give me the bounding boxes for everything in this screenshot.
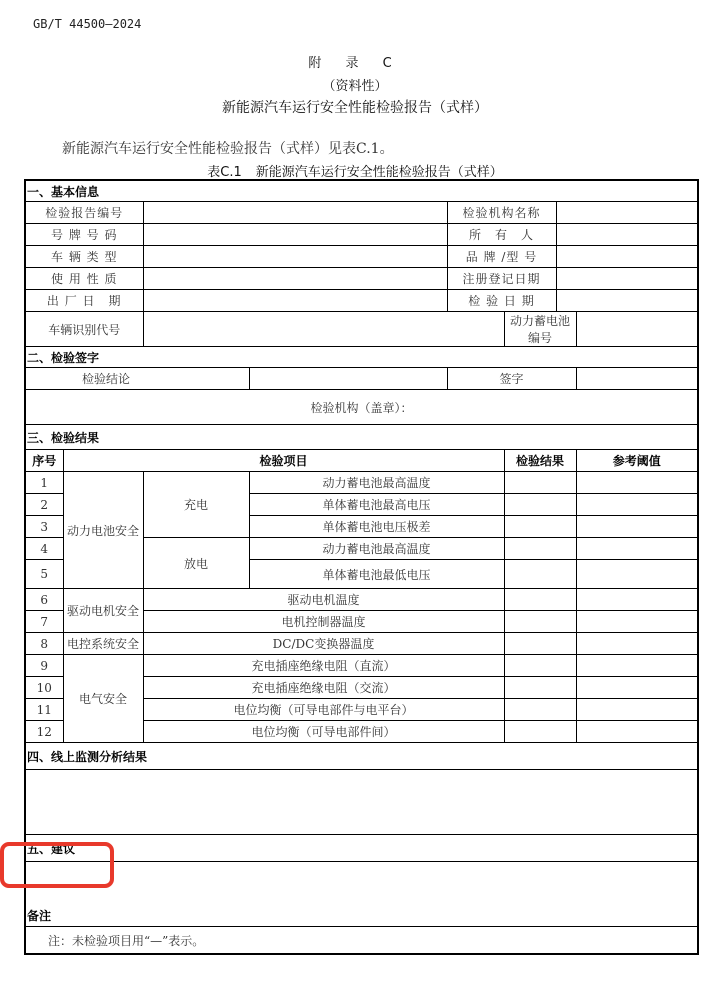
row-no: 9 bbox=[25, 655, 63, 677]
field-label: 签字 bbox=[447, 368, 576, 390]
field-label: 检验机构名称 bbox=[447, 202, 556, 224]
field-label: 号 牌 号 码 bbox=[25, 224, 143, 246]
signature-field[interactable] bbox=[576, 368, 698, 390]
row-no: 2 bbox=[25, 494, 63, 516]
manufacture-date-field[interactable] bbox=[143, 290, 447, 312]
result-field[interactable] bbox=[504, 611, 576, 633]
table-row: 1 动力电池安全 充电 动力蓄电池最高温度 bbox=[25, 472, 698, 494]
table-title: 新能源汽车运行安全性能检验报告（式样） bbox=[256, 165, 503, 180]
section-remarks-title: 备注 bbox=[25, 904, 698, 927]
registration-date-field[interactable] bbox=[556, 268, 698, 290]
table-row: 检验机构（盖章）： bbox=[25, 390, 698, 425]
appendix-type: （资料性） bbox=[0, 75, 710, 94]
threshold-field[interactable] bbox=[576, 538, 698, 560]
threshold-field[interactable] bbox=[576, 677, 698, 699]
subgroup-discharge: 放电 bbox=[143, 538, 249, 589]
row-item: 单体蓄电池最高电压 bbox=[249, 494, 504, 516]
field-label: 品 牌 /型 号 bbox=[447, 246, 556, 268]
threshold-field[interactable] bbox=[576, 721, 698, 743]
online-monitoring-field[interactable] bbox=[25, 770, 698, 835]
row-item: 电机控制器温度 bbox=[143, 611, 504, 633]
table-row: 车 辆 类 型 品 牌 /型 号 bbox=[25, 246, 698, 268]
group-control-safety: 电控系统安全 bbox=[63, 633, 143, 655]
group-electric-safety: 电气安全 bbox=[63, 655, 143, 743]
result-field[interactable] bbox=[504, 472, 576, 494]
row-item: 单体蓄电池最低电压 bbox=[249, 560, 504, 589]
result-field[interactable] bbox=[504, 633, 576, 655]
result-field[interactable] bbox=[504, 589, 576, 611]
row-item: DC/DC变换器温度 bbox=[143, 633, 504, 655]
threshold-field[interactable] bbox=[576, 655, 698, 677]
battery-number-field[interactable] bbox=[576, 312, 698, 347]
group-battery-safety: 动力电池安全 bbox=[63, 472, 143, 589]
header-result: 检验结果 bbox=[504, 450, 576, 472]
row-item: 充电插座绝缘电阻（交流） bbox=[143, 677, 504, 699]
table-row: 检验报告编号 检验机构名称 bbox=[25, 202, 698, 224]
result-field[interactable] bbox=[504, 538, 576, 560]
table-row: 出 厂 日 期 检 验 日 期 bbox=[25, 290, 698, 312]
stamp-field[interactable]: 检验机构（盖章）： bbox=[25, 390, 698, 425]
result-field[interactable] bbox=[504, 699, 576, 721]
header-threshold: 参考阈值 bbox=[576, 450, 698, 472]
result-field[interactable] bbox=[504, 655, 576, 677]
threshold-field[interactable] bbox=[576, 611, 698, 633]
table-row: 6 驱动电机安全 驱动电机温度 bbox=[25, 589, 698, 611]
row-no: 7 bbox=[25, 611, 63, 633]
header-item: 检验项目 bbox=[63, 450, 504, 472]
section-online-monitoring-title: 四、线上监测分析结果 bbox=[25, 743, 698, 770]
row-no: 3 bbox=[25, 516, 63, 538]
threshold-field[interactable] bbox=[576, 516, 698, 538]
row-item: 电位均衡（可导电部件与电平台） bbox=[143, 699, 504, 721]
inspection-report-table: 一、基本信息 检验报告编号 检验机构名称 号 牌 号 码 所 有 人 车 辆 类… bbox=[24, 179, 699, 955]
result-field[interactable] bbox=[504, 494, 576, 516]
vehicle-type-field[interactable] bbox=[143, 246, 447, 268]
row-item: 动力蓄电池最高温度 bbox=[249, 472, 504, 494]
highlight-annotation-box bbox=[0, 842, 114, 888]
result-field[interactable] bbox=[504, 560, 576, 589]
field-label: 检 验 日 期 bbox=[447, 290, 556, 312]
field-label: 检验报告编号 bbox=[25, 202, 143, 224]
vin-field[interactable] bbox=[143, 312, 504, 347]
row-item: 动力蓄电池最高温度 bbox=[249, 538, 504, 560]
row-no: 8 bbox=[25, 633, 63, 655]
owner-field[interactable] bbox=[556, 224, 698, 246]
standard-number: GB/T 44500—2024 bbox=[33, 17, 141, 31]
row-item: 充电插座绝缘电阻（直流） bbox=[143, 655, 504, 677]
threshold-field[interactable] bbox=[576, 494, 698, 516]
subgroup-charge: 充电 bbox=[143, 472, 249, 538]
table-row: 8 电控系统安全 DC/DC变换器温度 bbox=[25, 633, 698, 655]
suggestions-field[interactable] bbox=[25, 862, 698, 905]
field-label: 车辆识别代号 bbox=[25, 312, 143, 347]
result-field[interactable] bbox=[504, 516, 576, 538]
row-item: 单体蓄电池电压极差 bbox=[249, 516, 504, 538]
table-row: 使 用 性 质 注册登记日期 bbox=[25, 268, 698, 290]
row-item: 电位均衡（可导电部件间） bbox=[143, 721, 504, 743]
section-signature-title: 二、检验签字 bbox=[25, 347, 698, 368]
row-no: 11 bbox=[25, 699, 63, 721]
row-no: 4 bbox=[25, 538, 63, 560]
section-results-title: 三、检验结果 bbox=[25, 425, 698, 450]
plate-number-field[interactable] bbox=[143, 224, 447, 246]
field-label: 出 厂 日 期 bbox=[25, 290, 143, 312]
usage-nature-field[interactable] bbox=[143, 268, 447, 290]
threshold-field[interactable] bbox=[576, 560, 698, 589]
result-field[interactable] bbox=[504, 677, 576, 699]
field-label: 注册登记日期 bbox=[447, 268, 556, 290]
conclusion-field[interactable] bbox=[249, 368, 447, 390]
table-number: 表C.1 bbox=[207, 165, 241, 180]
group-motor-safety: 驱动电机安全 bbox=[63, 589, 143, 633]
appendix-title: 新能源汽车运行安全性能检验报告（式样） bbox=[0, 97, 710, 117]
threshold-field[interactable] bbox=[576, 589, 698, 611]
section-suggestions-title: 五、建议 bbox=[25, 835, 698, 862]
field-label: 使 用 性 质 bbox=[25, 268, 143, 290]
row-no: 10 bbox=[25, 677, 63, 699]
report-number-field[interactable] bbox=[143, 202, 447, 224]
threshold-field[interactable] bbox=[576, 633, 698, 655]
row-no: 6 bbox=[25, 589, 63, 611]
table-row: 9 电气安全 充电插座绝缘电阻（直流） bbox=[25, 655, 698, 677]
row-no: 12 bbox=[25, 721, 63, 743]
table-caption: 表C.1新能源汽车运行安全性能检验报告（式样） bbox=[0, 161, 710, 180]
inspection-date-field[interactable] bbox=[556, 290, 698, 312]
field-label: 车 辆 类 型 bbox=[25, 246, 143, 268]
threshold-field[interactable] bbox=[576, 699, 698, 721]
remarks-note: 注：未检验项目用“—”表示。 bbox=[25, 927, 698, 955]
table-row: 车辆识别代号 动力蓄电池编号 bbox=[25, 312, 698, 347]
institution-name-field[interactable] bbox=[556, 202, 698, 224]
intro-text: 新能源汽车运行安全性能检验报告（式样）见表C.1。 bbox=[62, 138, 394, 158]
row-no: 1 bbox=[25, 472, 63, 494]
field-label: 动力蓄电池编号 bbox=[504, 312, 576, 347]
header-no: 序号 bbox=[25, 450, 63, 472]
appendix-label: 附 录 C bbox=[0, 52, 710, 71]
row-item: 驱动电机温度 bbox=[143, 589, 504, 611]
field-label: 所 有 人 bbox=[447, 224, 556, 246]
table-row: 检验结论 签字 bbox=[25, 368, 698, 390]
row-no: 5 bbox=[25, 560, 63, 589]
result-field[interactable] bbox=[504, 721, 576, 743]
threshold-field[interactable] bbox=[576, 472, 698, 494]
section-basic-info-title: 一、基本信息 bbox=[25, 180, 698, 202]
table-row: 号 牌 号 码 所 有 人 bbox=[25, 224, 698, 246]
field-label: 检验结论 bbox=[25, 368, 249, 390]
results-header-row: 序号 检验项目 检验结果 参考阈值 bbox=[25, 450, 698, 472]
brand-model-field[interactable] bbox=[556, 246, 698, 268]
